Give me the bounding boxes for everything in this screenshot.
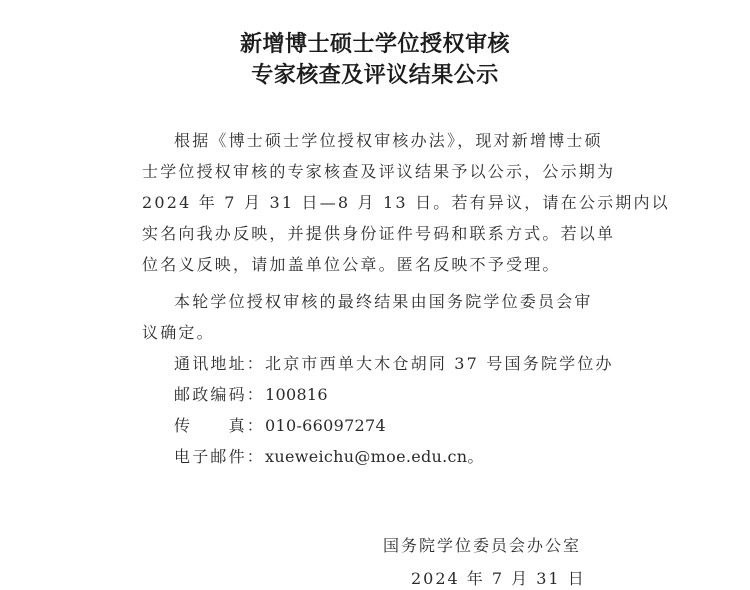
document-title-line-1: 新增博士硕士学位授权审核 — [0, 27, 750, 58]
postcode-value: 100816 — [265, 385, 328, 404]
paragraph-line: 2024 年 7 月 31 日—8 月 13 日。若有异议，请在公示期内以 — [142, 190, 670, 213]
contact-email: 电子邮件：xueweichu@moe.edu.cn。 — [174, 444, 484, 467]
fax-value: 010-66097274 — [265, 416, 386, 435]
email-value[interactable]: xueweichu@moe.edu.cn。 — [265, 447, 484, 466]
contact-address: 通讯地址：北京市西单大木仓胡同 37 号国务院学位办 — [174, 351, 614, 374]
fax-label: 传 真： — [174, 413, 265, 436]
postcode-label: 邮政编码： — [174, 382, 265, 405]
contact-fax: 传 真：010-66097274 — [174, 413, 386, 436]
contact-postcode: 邮政编码：100816 — [174, 382, 328, 405]
paragraph-line: 议确定。 — [142, 320, 215, 343]
paragraph-line: 士学位授权审核的专家核查及评议结果予以公示，公示期为 — [142, 159, 615, 182]
signature-date: 2024 年 7 月 31 日 — [411, 566, 586, 589]
address-value: 北京市西单大木仓胡同 37 号国务院学位办 — [265, 354, 614, 373]
signature-organization: 国务院学位委员会办公室 — [383, 533, 581, 556]
paragraph-line: 本轮学位授权审核的最终结果由国务院学位委员会审 — [174, 289, 593, 312]
paragraph-line: 实名向我办反映，并提供身份证件号码和联系方式。若以单 — [142, 221, 615, 244]
paragraph-line: 位名义反映，请加盖单位公章。匿名反映不予受理。 — [142, 252, 561, 275]
address-label: 通讯地址： — [174, 351, 265, 374]
document-title-line-2: 专家核查及评议结果公示 — [0, 58, 750, 89]
email-label: 电子邮件： — [174, 444, 265, 467]
paragraph-line: 根据《博士硕士学位授权审核办法》，现对新增博士硕 — [174, 128, 603, 151]
